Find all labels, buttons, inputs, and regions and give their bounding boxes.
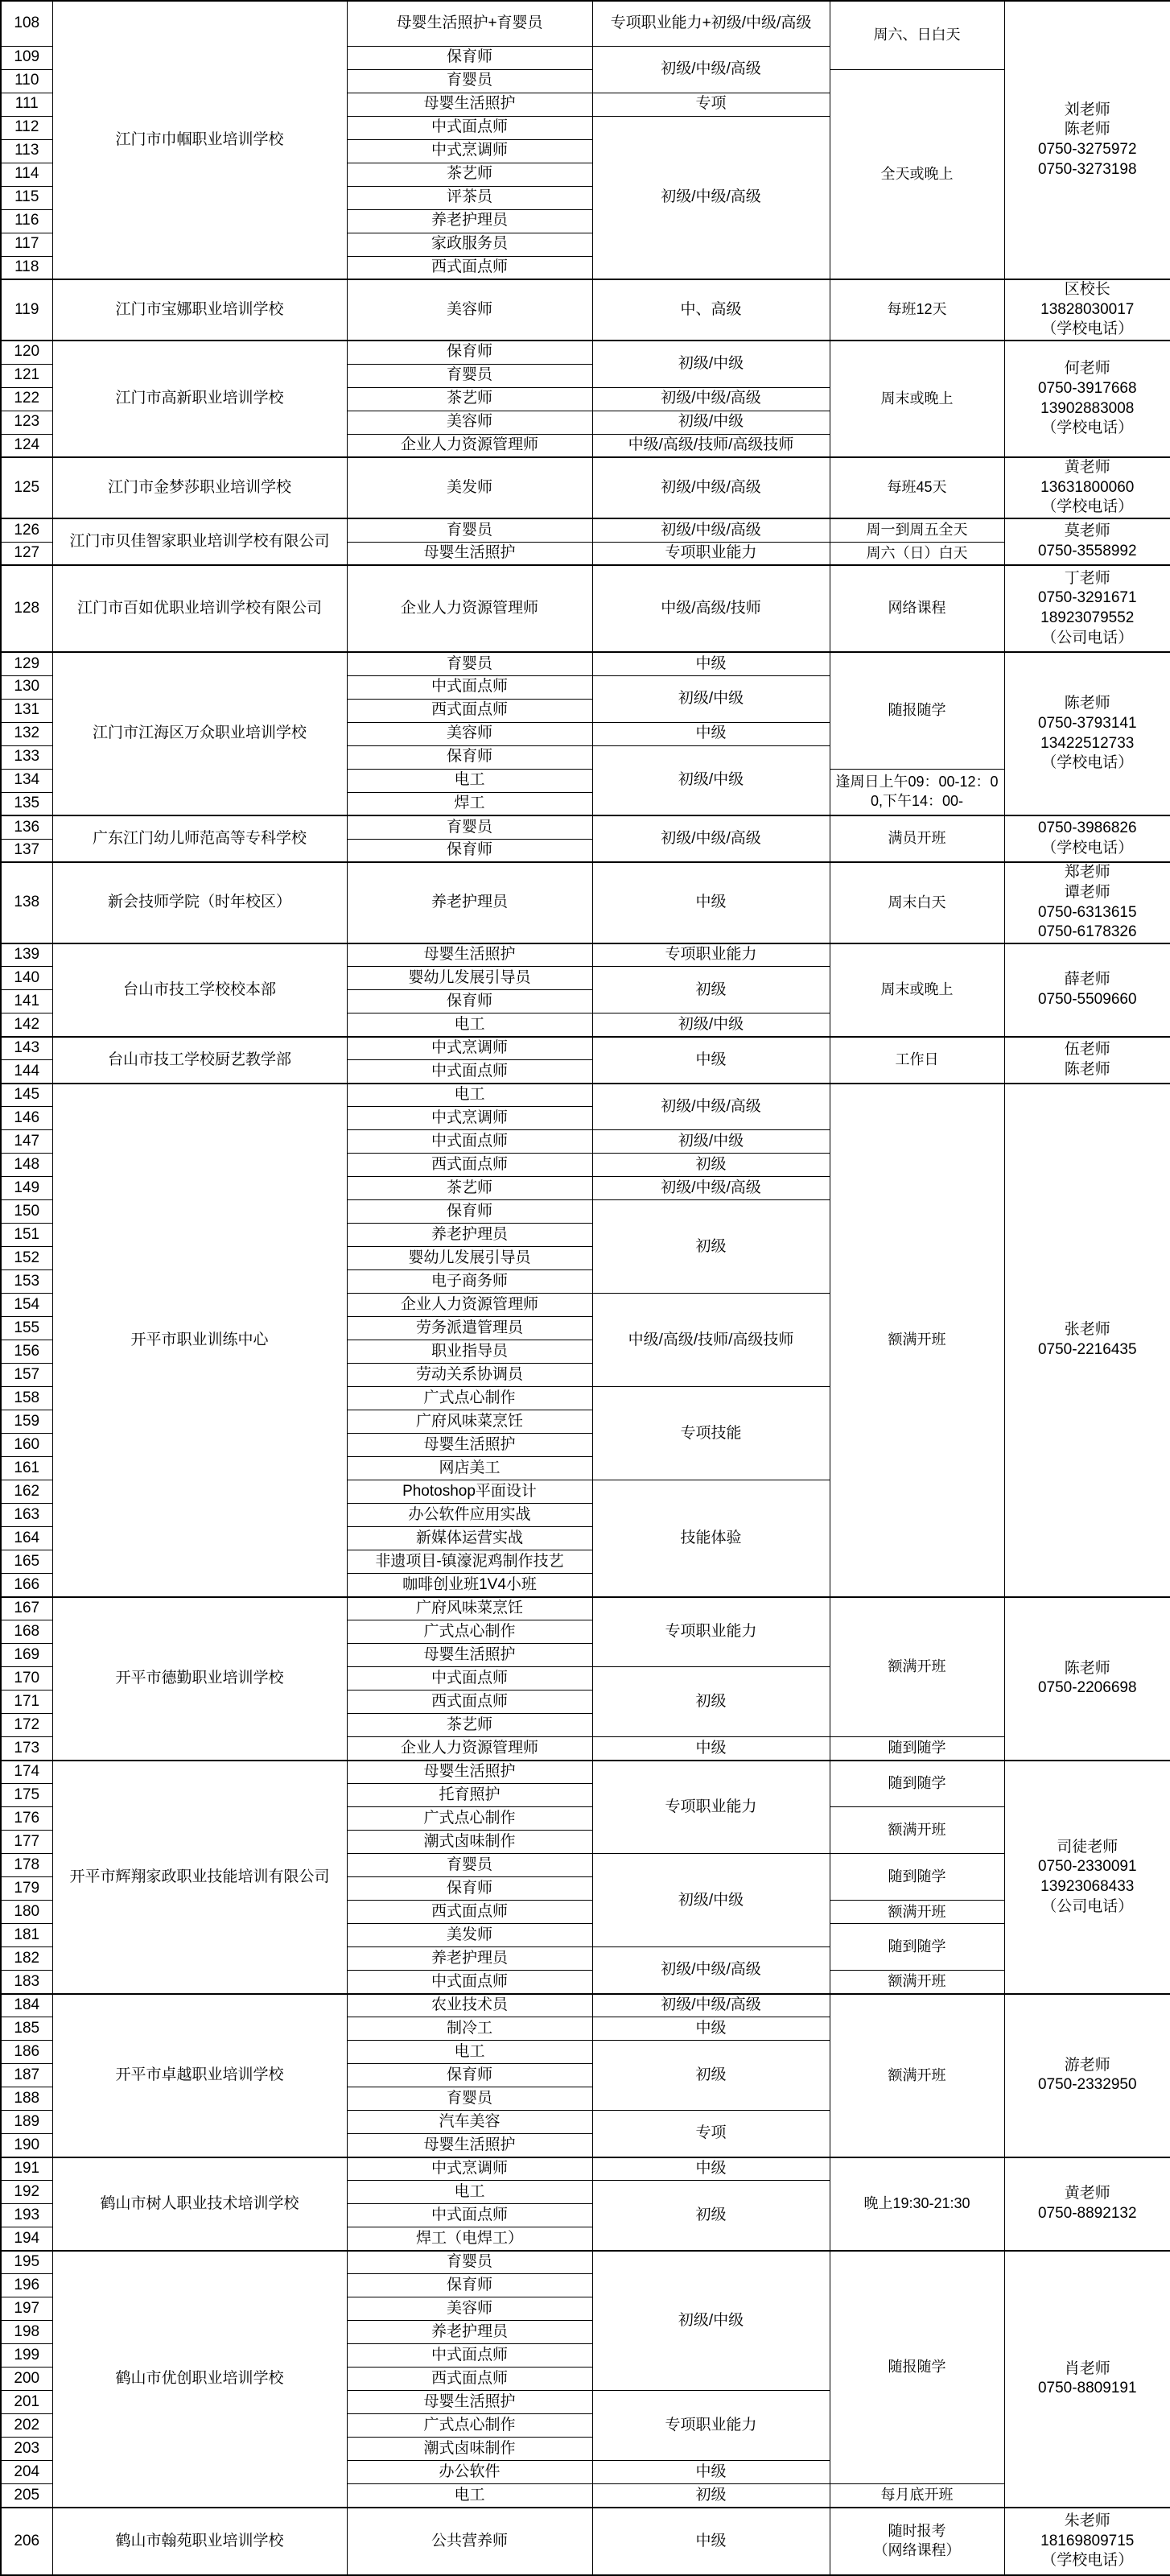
row-number-cell: 108 — [1, 1, 52, 46]
schedule-cell: 随时报考 （网络课程） — [830, 2508, 1004, 2575]
contact-cell: 朱老师 18169809715 （学校电话） — [1004, 2508, 1170, 2575]
row-number-cell: 163 — [1, 1504, 52, 1527]
level-cell: 初级 — [592, 2484, 830, 2508]
row-number-cell: 158 — [1, 1387, 52, 1410]
row-number-cell: 138 — [1, 862, 52, 943]
level-cell: 初级 — [592, 2181, 830, 2251]
schedule-cell: 额满开班 — [830, 1901, 1004, 1924]
course-cell: 电工 — [347, 2181, 592, 2204]
school-cell: 江门市贝佳智家职业培训学校有限公司 — [52, 518, 347, 565]
level-cell: 初级/中级/高级 — [592, 1177, 830, 1200]
row-number-cell: 174 — [1, 1761, 52, 1784]
course-cell: 母婴生活照护 — [347, 1644, 592, 1667]
row-number-cell: 195 — [1, 2251, 52, 2274]
level-cell: 中级 — [592, 862, 830, 943]
course-cell: 中式烹调师 — [347, 1037, 592, 1060]
level-cell: 初级/中级/高级 — [592, 815, 830, 862]
schedule-cell: 满员开班 — [830, 815, 1004, 862]
schedule-cell: 周六（日）白天 — [830, 542, 1004, 565]
course-cell: 公共营养师 — [347, 2508, 592, 2575]
course-cell: 中式面点师 — [347, 1060, 592, 1084]
row-number-cell: 128 — [1, 565, 52, 652]
course-cell: 美容师 — [347, 2297, 592, 2321]
course-cell: 母婴生活照护 — [347, 2391, 592, 2414]
row-number-cell: 114 — [1, 163, 52, 186]
course-cell: 养老护理员 — [347, 1224, 592, 1247]
row-number-cell: 169 — [1, 1644, 52, 1667]
table-row: 129江门市江海区万众职业培训学校育婴员中级随报随学陈老师 0750-37931… — [1, 652, 1170, 675]
course-cell: 网店美工 — [347, 1457, 592, 1480]
schedule-cell: 周末或晚上 — [830, 943, 1004, 1037]
course-cell: 广式点心制作 — [347, 1807, 592, 1831]
row-number-cell: 183 — [1, 1971, 52, 1994]
row-number-cell: 172 — [1, 1714, 52, 1737]
row-number-cell: 194 — [1, 2227, 52, 2251]
contact-cell: 游老师 0750-2332950 — [1004, 1994, 1170, 2157]
level-cell: 初级 — [592, 2041, 830, 2111]
course-cell: 办公软件 — [347, 2461, 592, 2484]
course-cell: 西式面点师 — [347, 1901, 592, 1924]
level-cell: 中级 — [592, 652, 830, 675]
level-cell: 初级 — [592, 1154, 830, 1177]
course-cell: 婴幼儿发展引导员 — [347, 967, 592, 990]
row-number-cell: 139 — [1, 943, 52, 967]
row-number-cell: 115 — [1, 186, 52, 209]
schedule-cell: 晚上19:30-21:30 — [830, 2157, 1004, 2251]
row-number-cell: 147 — [1, 1130, 52, 1154]
level-cell: 初级/中级 — [592, 1013, 830, 1037]
table-row: 206鹤山市翰苑职业培训学校公共营养师中级随时报考 （网络课程）朱老师 1816… — [1, 2508, 1170, 2575]
row-number-cell: 122 — [1, 387, 52, 411]
row-number-cell: 201 — [1, 2391, 52, 2414]
row-number-cell: 196 — [1, 2274, 52, 2297]
contact-cell: 莫老师 0750-3558992 — [1004, 518, 1170, 565]
row-number-cell: 198 — [1, 2321, 52, 2344]
contact-cell: 陈老师 0750-2206698 — [1004, 1597, 1170, 1761]
contact-cell: 黄老师 0750-8892132 — [1004, 2157, 1170, 2251]
course-cell: 广府风味菜烹饪 — [347, 1410, 592, 1434]
course-cell: 广式点心制作 — [347, 1620, 592, 1644]
row-number-cell: 168 — [1, 1620, 52, 1644]
row-number-cell: 185 — [1, 2017, 52, 2041]
schedule-cell: 逢周日上午09：00-12：00,下午14：00- — [830, 769, 1004, 815]
course-cell: 焊工 — [347, 792, 592, 815]
level-cell: 初级/中级 — [592, 675, 830, 722]
table-row: 128江门市百如优职业培训学校有限公司企业人力资源管理师中级/高级/技师网络课程… — [1, 565, 1170, 652]
contact-cell: 肖老师 0750-8809191 — [1004, 2251, 1170, 2508]
level-cell: 初级/中级/高级 — [592, 1994, 830, 2017]
schedule-cell: 每班12天 — [830, 279, 1004, 341]
course-cell: 茶艺师 — [347, 387, 592, 411]
school-cell: 鹤山市优创职业培训学校 — [52, 2251, 347, 2508]
course-cell: 美发师 — [347, 457, 592, 518]
contact-cell: 伍老师 陈老师 — [1004, 1037, 1170, 1084]
contact-cell: 刘老师 陈老师 0750-3275972 0750-3273198 — [1004, 1, 1170, 279]
schedule-cell: 随到随学 — [830, 1924, 1004, 1971]
course-cell: 保育师 — [347, 990, 592, 1013]
row-number-cell: 142 — [1, 1013, 52, 1037]
schedule-cell: 额满开班 — [830, 1807, 1004, 1854]
course-cell: 中式烹调师 — [347, 1107, 592, 1130]
table-row: 108江门市巾帼职业培训学校母婴生活照护+育婴员专项职业能力+初级/中级/高级周… — [1, 1, 1170, 46]
row-number-cell: 204 — [1, 2461, 52, 2484]
row-number-cell: 144 — [1, 1060, 52, 1084]
course-cell: 电工 — [347, 2041, 592, 2064]
row-number-cell: 179 — [1, 1877, 52, 1901]
level-cell: 中级/高级/技师 — [592, 565, 830, 652]
course-cell: 企业人力资源管理师 — [347, 565, 592, 652]
course-cell: 保育师 — [347, 839, 592, 862]
row-number-cell: 191 — [1, 2157, 52, 2181]
course-cell: 劳动关系协调员 — [347, 1364, 592, 1387]
table-row: 195鹤山市优创职业培训学校育婴员初级/中级随报随学肖老师 0750-88091… — [1, 2251, 1170, 2274]
course-cell: 中式烹调师 — [347, 2157, 592, 2181]
school-cell: 新会技师学院（时年校区） — [52, 862, 347, 943]
course-cell: 茶艺师 — [347, 163, 592, 186]
level-cell: 初级 — [592, 967, 830, 1013]
row-number-cell: 197 — [1, 2297, 52, 2321]
course-cell: 企业人力资源管理师 — [347, 1737, 592, 1761]
contact-cell: 张老师 0750-2216435 — [1004, 1084, 1170, 1597]
schedule-cell: 每月底开班 — [830, 2484, 1004, 2508]
level-cell: 初级/中级 — [592, 1854, 830, 1947]
course-cell: 母婴生活照护 — [347, 93, 592, 116]
row-number-cell: 178 — [1, 1854, 52, 1877]
row-number-cell: 199 — [1, 2344, 52, 2368]
course-cell: 育婴员 — [347, 518, 592, 542]
schedule-cell: 周末白天 — [830, 862, 1004, 943]
level-cell: 初级/中级/高级 — [592, 46, 830, 93]
schedule-cell: 随报随学 — [830, 652, 1004, 769]
course-cell: 中式面点师 — [347, 2344, 592, 2368]
contact-cell: 薛老师 0750-5509660 — [1004, 943, 1170, 1037]
table-row: 145开平市职业训练中心电工初级/中级/高级额满开班张老师 0750-22164… — [1, 1084, 1170, 1107]
course-cell: 电工 — [347, 769, 592, 792]
row-number-cell: 175 — [1, 1784, 52, 1807]
row-number-cell: 153 — [1, 1270, 52, 1294]
course-cell: 电子商务师 — [347, 1270, 592, 1294]
row-number-cell: 162 — [1, 1480, 52, 1504]
course-cell: 企业人力资源管理师 — [347, 1294, 592, 1317]
course-cell: 保育师 — [347, 341, 592, 364]
course-cell: 中式面点师 — [347, 1130, 592, 1154]
row-number-cell: 159 — [1, 1410, 52, 1434]
course-cell: 电工 — [347, 1013, 592, 1037]
row-number-cell: 149 — [1, 1177, 52, 1200]
contact-cell: 陈老师 0750-3793141 13422512733 （学校电话） — [1004, 652, 1170, 815]
school-cell: 开平市辉翔家政职业技能培训有限公司 — [52, 1761, 347, 1994]
row-number-cell: 118 — [1, 256, 52, 279]
course-cell: 广式点心制作 — [347, 1387, 592, 1410]
row-number-cell: 113 — [1, 139, 52, 163]
row-number-cell: 150 — [1, 1200, 52, 1224]
course-cell: 保育师 — [347, 1200, 592, 1224]
row-number-cell: 192 — [1, 2181, 52, 2204]
row-number-cell: 170 — [1, 1667, 52, 1690]
row-number-cell: 127 — [1, 542, 52, 565]
school-cell: 台山市技工学校校本部 — [52, 943, 347, 1037]
row-number-cell: 112 — [1, 116, 52, 139]
contact-cell: 0750-3986826 （学校电话） — [1004, 815, 1170, 862]
course-cell: 职业指导员 — [347, 1340, 592, 1364]
course-cell: 母婴生活照护 — [347, 1761, 592, 1784]
course-cell: 养老护理员 — [347, 1947, 592, 1971]
row-number-cell: 190 — [1, 2134, 52, 2157]
course-cell: 保育师 — [347, 46, 592, 69]
row-number-cell: 157 — [1, 1364, 52, 1387]
schedule-cell: 额满开班 — [830, 1971, 1004, 1994]
row-number-cell: 193 — [1, 2204, 52, 2227]
school-cell: 开平市卓越职业培训学校 — [52, 1994, 347, 2157]
school-cell: 江门市百如优职业培训学校有限公司 — [52, 565, 347, 652]
course-cell: 母婴生活照护 — [347, 1434, 592, 1457]
row-number-cell: 202 — [1, 2414, 52, 2438]
table-row: 184开平市卓越职业培训学校农业技术员初级/中级/高级额满开班游老师 0750-… — [1, 1994, 1170, 2017]
row-number-cell: 137 — [1, 839, 52, 862]
row-number-cell: 111 — [1, 93, 52, 116]
row-number-cell: 141 — [1, 990, 52, 1013]
course-cell: 中式面点师 — [347, 1971, 592, 1994]
row-number-cell: 155 — [1, 1317, 52, 1340]
course-cell: 育婴员 — [347, 364, 592, 387]
level-cell: 初级/中级/高级 — [592, 1947, 830, 1994]
schedule-cell: 额满开班 — [830, 1084, 1004, 1597]
course-cell: 潮式卤味制作 — [347, 2438, 592, 2461]
level-cell: 中级 — [592, 2508, 830, 2575]
row-number-cell: 109 — [1, 46, 52, 69]
level-cell: 专项职业能力 — [592, 542, 830, 565]
course-cell: 制冷工 — [347, 2017, 592, 2041]
row-number-cell: 132 — [1, 722, 52, 745]
row-number-cell: 133 — [1, 745, 52, 769]
course-cell: 保育师 — [347, 745, 592, 769]
course-cell: 美容师 — [347, 279, 592, 341]
contact-cell: 司徒老师 0750-2330091 13923068433 （公司电话） — [1004, 1761, 1170, 1994]
course-cell: 母婴生活照护 — [347, 542, 592, 565]
schedule-cell: 随报随学 — [830, 2251, 1004, 2484]
table-row: 191鹤山市树人职业技术培训学校中式烹调师中级晚上19:30-21:30黄老师 … — [1, 2157, 1170, 2181]
course-cell: 育婴员 — [347, 2251, 592, 2274]
course-cell: 西式面点师 — [347, 1154, 592, 1177]
row-number-cell: 206 — [1, 2508, 52, 2575]
school-cell: 江门市金梦莎职业培训学校 — [52, 457, 347, 518]
row-number-cell: 148 — [1, 1154, 52, 1177]
contact-cell: 黄老师 13631800060 （学校电话） — [1004, 457, 1170, 518]
schedule-cell: 网络课程 — [830, 565, 1004, 652]
course-cell: 育婴员 — [347, 2087, 592, 2111]
course-cell: 育婴员 — [347, 69, 592, 93]
course-cell: 茶艺师 — [347, 1177, 592, 1200]
course-cell: 西式面点师 — [347, 256, 592, 279]
level-cell: 专项 — [592, 2111, 830, 2157]
row-number-cell: 205 — [1, 2484, 52, 2508]
row-number-cell: 123 — [1, 411, 52, 434]
row-number-cell: 126 — [1, 518, 52, 542]
school-cell: 鹤山市树人职业技术培训学校 — [52, 2157, 347, 2251]
level-cell: 中、高级 — [592, 279, 830, 341]
course-cell: 咖啡创业班1V4小班 — [347, 1574, 592, 1597]
course-cell: 汽车美容 — [347, 2111, 592, 2134]
course-cell: 西式面点师 — [347, 699, 592, 722]
course-cell: 中式面点师 — [347, 1667, 592, 1690]
course-cell: 托育照护 — [347, 1784, 592, 1807]
row-number-cell: 131 — [1, 699, 52, 722]
school-cell: 江门市巾帼职业培训学校 — [52, 1, 347, 279]
level-cell: 中级 — [592, 722, 830, 745]
course-cell: 育婴员 — [347, 815, 592, 839]
row-number-cell: 129 — [1, 652, 52, 675]
row-number-cell: 146 — [1, 1107, 52, 1130]
school-cell: 台山市技工学校厨艺教学部 — [52, 1037, 347, 1084]
row-number-cell: 177 — [1, 1831, 52, 1854]
row-number-cell: 116 — [1, 209, 52, 233]
table-row: 167开平市德勤职业培训学校广府风味菜烹饪专项职业能力额满开班陈老师 0750-… — [1, 1597, 1170, 1620]
school-cell: 江门市江海区万众职业培训学校 — [52, 652, 347, 815]
level-cell: 初级/中级/高级 — [592, 116, 830, 279]
course-cell: 母婴生活照护 — [347, 943, 592, 967]
level-cell: 中级 — [592, 1037, 830, 1084]
course-cell: 中式面点师 — [347, 116, 592, 139]
table-body: 108江门市巾帼职业培训学校母婴生活照护+育婴员专项职业能力+初级/中级/高级周… — [1, 1, 1170, 2575]
course-cell: 美发师 — [347, 1924, 592, 1947]
table-row: 126江门市贝佳智家职业培训学校有限公司育婴员初级/中级/高级周一到周五全天莫老… — [1, 518, 1170, 542]
course-cell: 美容师 — [347, 411, 592, 434]
table-row: 119江门市宝娜职业培训学校美容师中、高级每班12天区校长 1382803001… — [1, 279, 1170, 341]
level-cell: 中级/高级/技师/高级技师 — [592, 1294, 830, 1387]
contact-cell: 区校长 13828030017 （学校电话） — [1004, 279, 1170, 341]
table-row: 136广东江门幼儿师范高等专科学校育婴员初级/中级/高级满员开班0750-398… — [1, 815, 1170, 839]
row-number-cell: 136 — [1, 815, 52, 839]
row-number-cell: 110 — [1, 69, 52, 93]
course-cell: 养老护理员 — [347, 862, 592, 943]
level-cell: 初级/中级 — [592, 745, 830, 815]
schedule-cell: 额满开班 — [830, 1994, 1004, 2157]
row-number-cell: 187 — [1, 2064, 52, 2087]
school-cell: 开平市德勤职业培训学校 — [52, 1597, 347, 1761]
course-cell: 育婴员 — [347, 1854, 592, 1877]
row-number-cell: 188 — [1, 2087, 52, 2111]
row-number-cell: 184 — [1, 1994, 52, 2017]
school-cell: 江门市高新职业培训学校 — [52, 341, 347, 457]
course-cell: 母婴生活照护+育婴员 — [347, 1, 592, 46]
row-number-cell: 121 — [1, 364, 52, 387]
row-number-cell: 120 — [1, 341, 52, 364]
course-cell: 保育师 — [347, 1877, 592, 1901]
schedule-cell: 额满开班 — [830, 1597, 1004, 1737]
level-cell: 初级/中级 — [592, 341, 830, 387]
schedule-cell: 周一到周五全天 — [830, 518, 1004, 542]
schedule-cell: 随到随学 — [830, 1761, 1004, 1807]
table-row: 143台山市技工学校厨艺教学部中式烹调师中级工作日伍老师 陈老师 — [1, 1037, 1170, 1060]
level-cell: 中级 — [592, 2461, 830, 2484]
course-cell: 中式面点师 — [347, 675, 592, 699]
course-cell: 养老护理员 — [347, 2321, 592, 2344]
row-number-cell: 145 — [1, 1084, 52, 1107]
level-cell: 初级 — [592, 1200, 830, 1294]
level-cell: 专项职业能力 — [592, 2391, 830, 2461]
row-number-cell: 117 — [1, 233, 52, 256]
row-number-cell: 119 — [1, 279, 52, 341]
level-cell: 初级/中级 — [592, 2251, 830, 2391]
row-number-cell: 151 — [1, 1224, 52, 1247]
course-cell: 办公软件应用实战 — [347, 1504, 592, 1527]
row-number-cell: 189 — [1, 2111, 52, 2134]
course-cell: 评茶员 — [347, 186, 592, 209]
school-cell: 鹤山市翰苑职业培训学校 — [52, 2508, 347, 2575]
school-cell: 开平市职业训练中心 — [52, 1084, 347, 1597]
schedule-cell: 周末或晚上 — [830, 341, 1004, 457]
table-row: 138新会技师学院（时年校区）养老护理员中级周末白天郑老师 谭老师 0750-6… — [1, 862, 1170, 943]
schedule-cell: 随到随学 — [830, 1737, 1004, 1761]
contact-cell: 何老师 0750-3917668 13902883008 （学校电话） — [1004, 341, 1170, 457]
course-cell: 育婴员 — [347, 652, 592, 675]
course-cell: 中式面点师 — [347, 2204, 592, 2227]
row-number-cell: 173 — [1, 1737, 52, 1761]
row-number-cell: 125 — [1, 457, 52, 518]
course-cell: 美容师 — [347, 722, 592, 745]
schedule-cell: 工作日 — [830, 1037, 1004, 1084]
row-number-cell: 164 — [1, 1527, 52, 1550]
course-cell: 广府风味菜烹饪 — [347, 1597, 592, 1620]
row-number-cell: 154 — [1, 1294, 52, 1317]
row-number-cell: 160 — [1, 1434, 52, 1457]
row-number-cell: 143 — [1, 1037, 52, 1060]
course-cell: 广式点心制作 — [347, 2414, 592, 2438]
level-cell: 专项技能 — [592, 1387, 830, 1480]
row-number-cell: 200 — [1, 2368, 52, 2391]
row-number-cell: 130 — [1, 675, 52, 699]
course-cell: 母婴生活照护 — [347, 2134, 592, 2157]
course-cell: 企业人力资源管理师 — [347, 434, 592, 457]
row-number-cell: 166 — [1, 1574, 52, 1597]
row-number-cell: 152 — [1, 1247, 52, 1270]
row-number-cell: 156 — [1, 1340, 52, 1364]
course-cell: 农业技术员 — [347, 1994, 592, 2017]
schedule-cell: 周六、日白天 — [830, 1, 1004, 69]
row-number-cell: 182 — [1, 1947, 52, 1971]
schedule-cell: 全天或晚上 — [830, 69, 1004, 279]
row-number-cell: 203 — [1, 2438, 52, 2461]
course-cell: 婴幼儿发展引导员 — [347, 1247, 592, 1270]
course-cell: 家政服务员 — [347, 233, 592, 256]
table-row: 139台山市技工学校校本部母婴生活照护专项职业能力周末或晚上薛老师 0750-5… — [1, 943, 1170, 967]
course-cell: 电工 — [347, 2484, 592, 2508]
course-cell: 电工 — [347, 1084, 592, 1107]
level-cell: 中级 — [592, 2017, 830, 2041]
level-cell: 专项职业能力 — [592, 943, 830, 967]
level-cell: 专项职业能力+初级/中级/高级 — [592, 1, 830, 46]
course-cell: 新媒体运营实战 — [347, 1527, 592, 1550]
course-cell: 非遗项目-镇濠泥鸡制作技艺 — [347, 1550, 592, 1574]
school-cell: 江门市宝娜职业培训学校 — [52, 279, 347, 341]
course-cell: Photoshop平面设计 — [347, 1480, 592, 1504]
table-row: 174开平市辉翔家政职业技能培训有限公司母婴生活照护专项职业能力随到随学司徒老师… — [1, 1761, 1170, 1784]
course-cell: 茶艺师 — [347, 1714, 592, 1737]
row-number-cell: 176 — [1, 1807, 52, 1831]
course-cell: 保育师 — [347, 2064, 592, 2087]
contact-cell: 郑老师 谭老师 0750-6313615 0750-6178326 — [1004, 862, 1170, 943]
school-cell: 广东江门幼儿师范高等专科学校 — [52, 815, 347, 862]
level-cell: 初级/中级 — [592, 411, 830, 434]
course-cell: 焊工（电焊工） — [347, 2227, 592, 2251]
row-number-cell: 181 — [1, 1924, 52, 1947]
level-cell: 初级/中级/高级 — [592, 1084, 830, 1130]
course-cell: 劳务派遣管理员 — [347, 1317, 592, 1340]
course-cell: 保育师 — [347, 2274, 592, 2297]
row-number-cell: 186 — [1, 2041, 52, 2064]
row-number-cell: 124 — [1, 434, 52, 457]
row-number-cell: 171 — [1, 1690, 52, 1714]
